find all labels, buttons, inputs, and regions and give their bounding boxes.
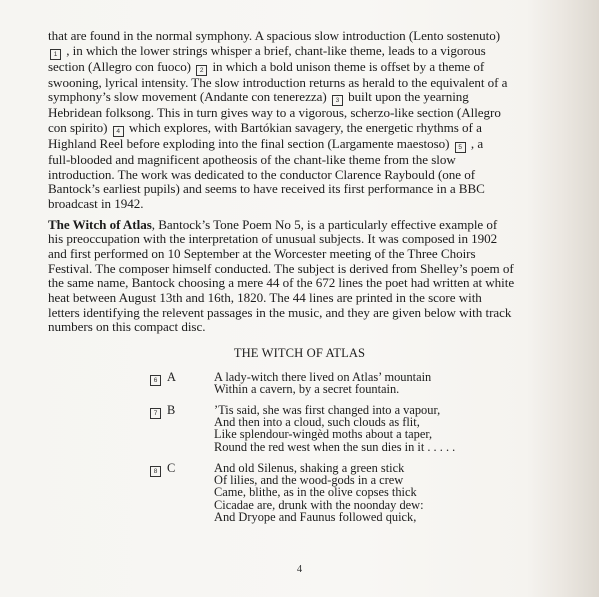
stanza-marker: 7B <box>150 404 175 419</box>
stanza-marker: 6A <box>150 371 176 386</box>
text-line: introduction. The work was dedicated to … <box>48 168 558 183</box>
track-number-box: 8 <box>150 466 161 477</box>
verse-lines: ’Tis said, she was first changed into a … <box>214 404 455 453</box>
verse-line: Cicadae are, drunk with the noonday dew: <box>214 499 424 511</box>
text-line: Bantock’s earliest pupils) and seems to … <box>48 182 558 197</box>
text-line: the same name, Bantock choosing a mere 4… <box>48 276 558 291</box>
verse-line: Within a cavern, by a secret fountain. <box>214 383 431 395</box>
paragraph-symphony-description: that are found in the normal symphony. A… <box>48 29 558 212</box>
text-line: swooning, lyrical intensity. The slow in… <box>48 76 558 91</box>
verse-lines: And old Silenus, shaking a green stick O… <box>214 462 424 523</box>
text-line: con spirito) 4 which explores, with Bart… <box>48 121 558 137</box>
stanza-letter: A <box>167 370 176 384</box>
track-number-box: 7 <box>150 408 161 419</box>
verse-line: And Dryope and Faunus followed quick, <box>214 511 424 523</box>
track-number-box: 5 <box>455 142 466 153</box>
text-line: section (Allegro con fuoco) 2 in which a… <box>48 60 558 76</box>
stanza-marker: 8C <box>150 462 175 477</box>
verse-lines: A lady-witch there lived on Atlas’ mount… <box>214 371 431 395</box>
page-number: 4 <box>0 564 599 575</box>
verse-line: Round the red west when the sun dies in … <box>214 441 455 453</box>
text-line: letters identifying the relevent passage… <box>48 306 558 321</box>
text-line: heat between August 13th and 16th, 1820.… <box>48 291 558 306</box>
text-line: full-blooded and magnificent apotheosis … <box>48 153 558 168</box>
text-line: symphony’s slow movement (Andante con te… <box>48 90 558 106</box>
text-line: numbers on this compact disc. <box>48 320 558 335</box>
text-line: The Witch of Atlas, Bantock’s Tone Poem … <box>48 218 558 233</box>
text-line: 1 , in which the lower strings whisper a… <box>48 44 558 60</box>
text-line: and first performed on 10 September at t… <box>48 247 558 262</box>
text-line: Highland Reel before exploding into the … <box>48 137 558 153</box>
poem-title: THE WITCH OF ATLAS <box>0 346 599 361</box>
text-line: Hebridean folksong. This in turn gives w… <box>48 106 558 121</box>
stanza-letter: C <box>167 461 175 475</box>
booklet-page: that are found in the normal symphony. A… <box>0 0 599 597</box>
text-line: that are found in the normal symphony. A… <box>48 29 558 44</box>
verse-line: Came, blithe, as in the olive copses thi… <box>214 486 424 498</box>
stanza-letter: B <box>167 403 175 417</box>
body-text: that are found in the normal symphony. A… <box>48 29 558 335</box>
work-title: The Witch of Atlas <box>48 217 152 232</box>
paragraph-witch-of-atlas: The Witch of Atlas, Bantock’s Tone Poem … <box>48 218 558 335</box>
text-line: Festival. The composer himself conducted… <box>48 262 558 277</box>
text-line: broadcast in 1942. <box>48 197 558 212</box>
text-line: his preoccupation with the interpretatio… <box>48 232 558 247</box>
track-number-box: 6 <box>150 375 161 386</box>
verse-line: Like splendour-wingèd moths about a tape… <box>214 428 455 440</box>
